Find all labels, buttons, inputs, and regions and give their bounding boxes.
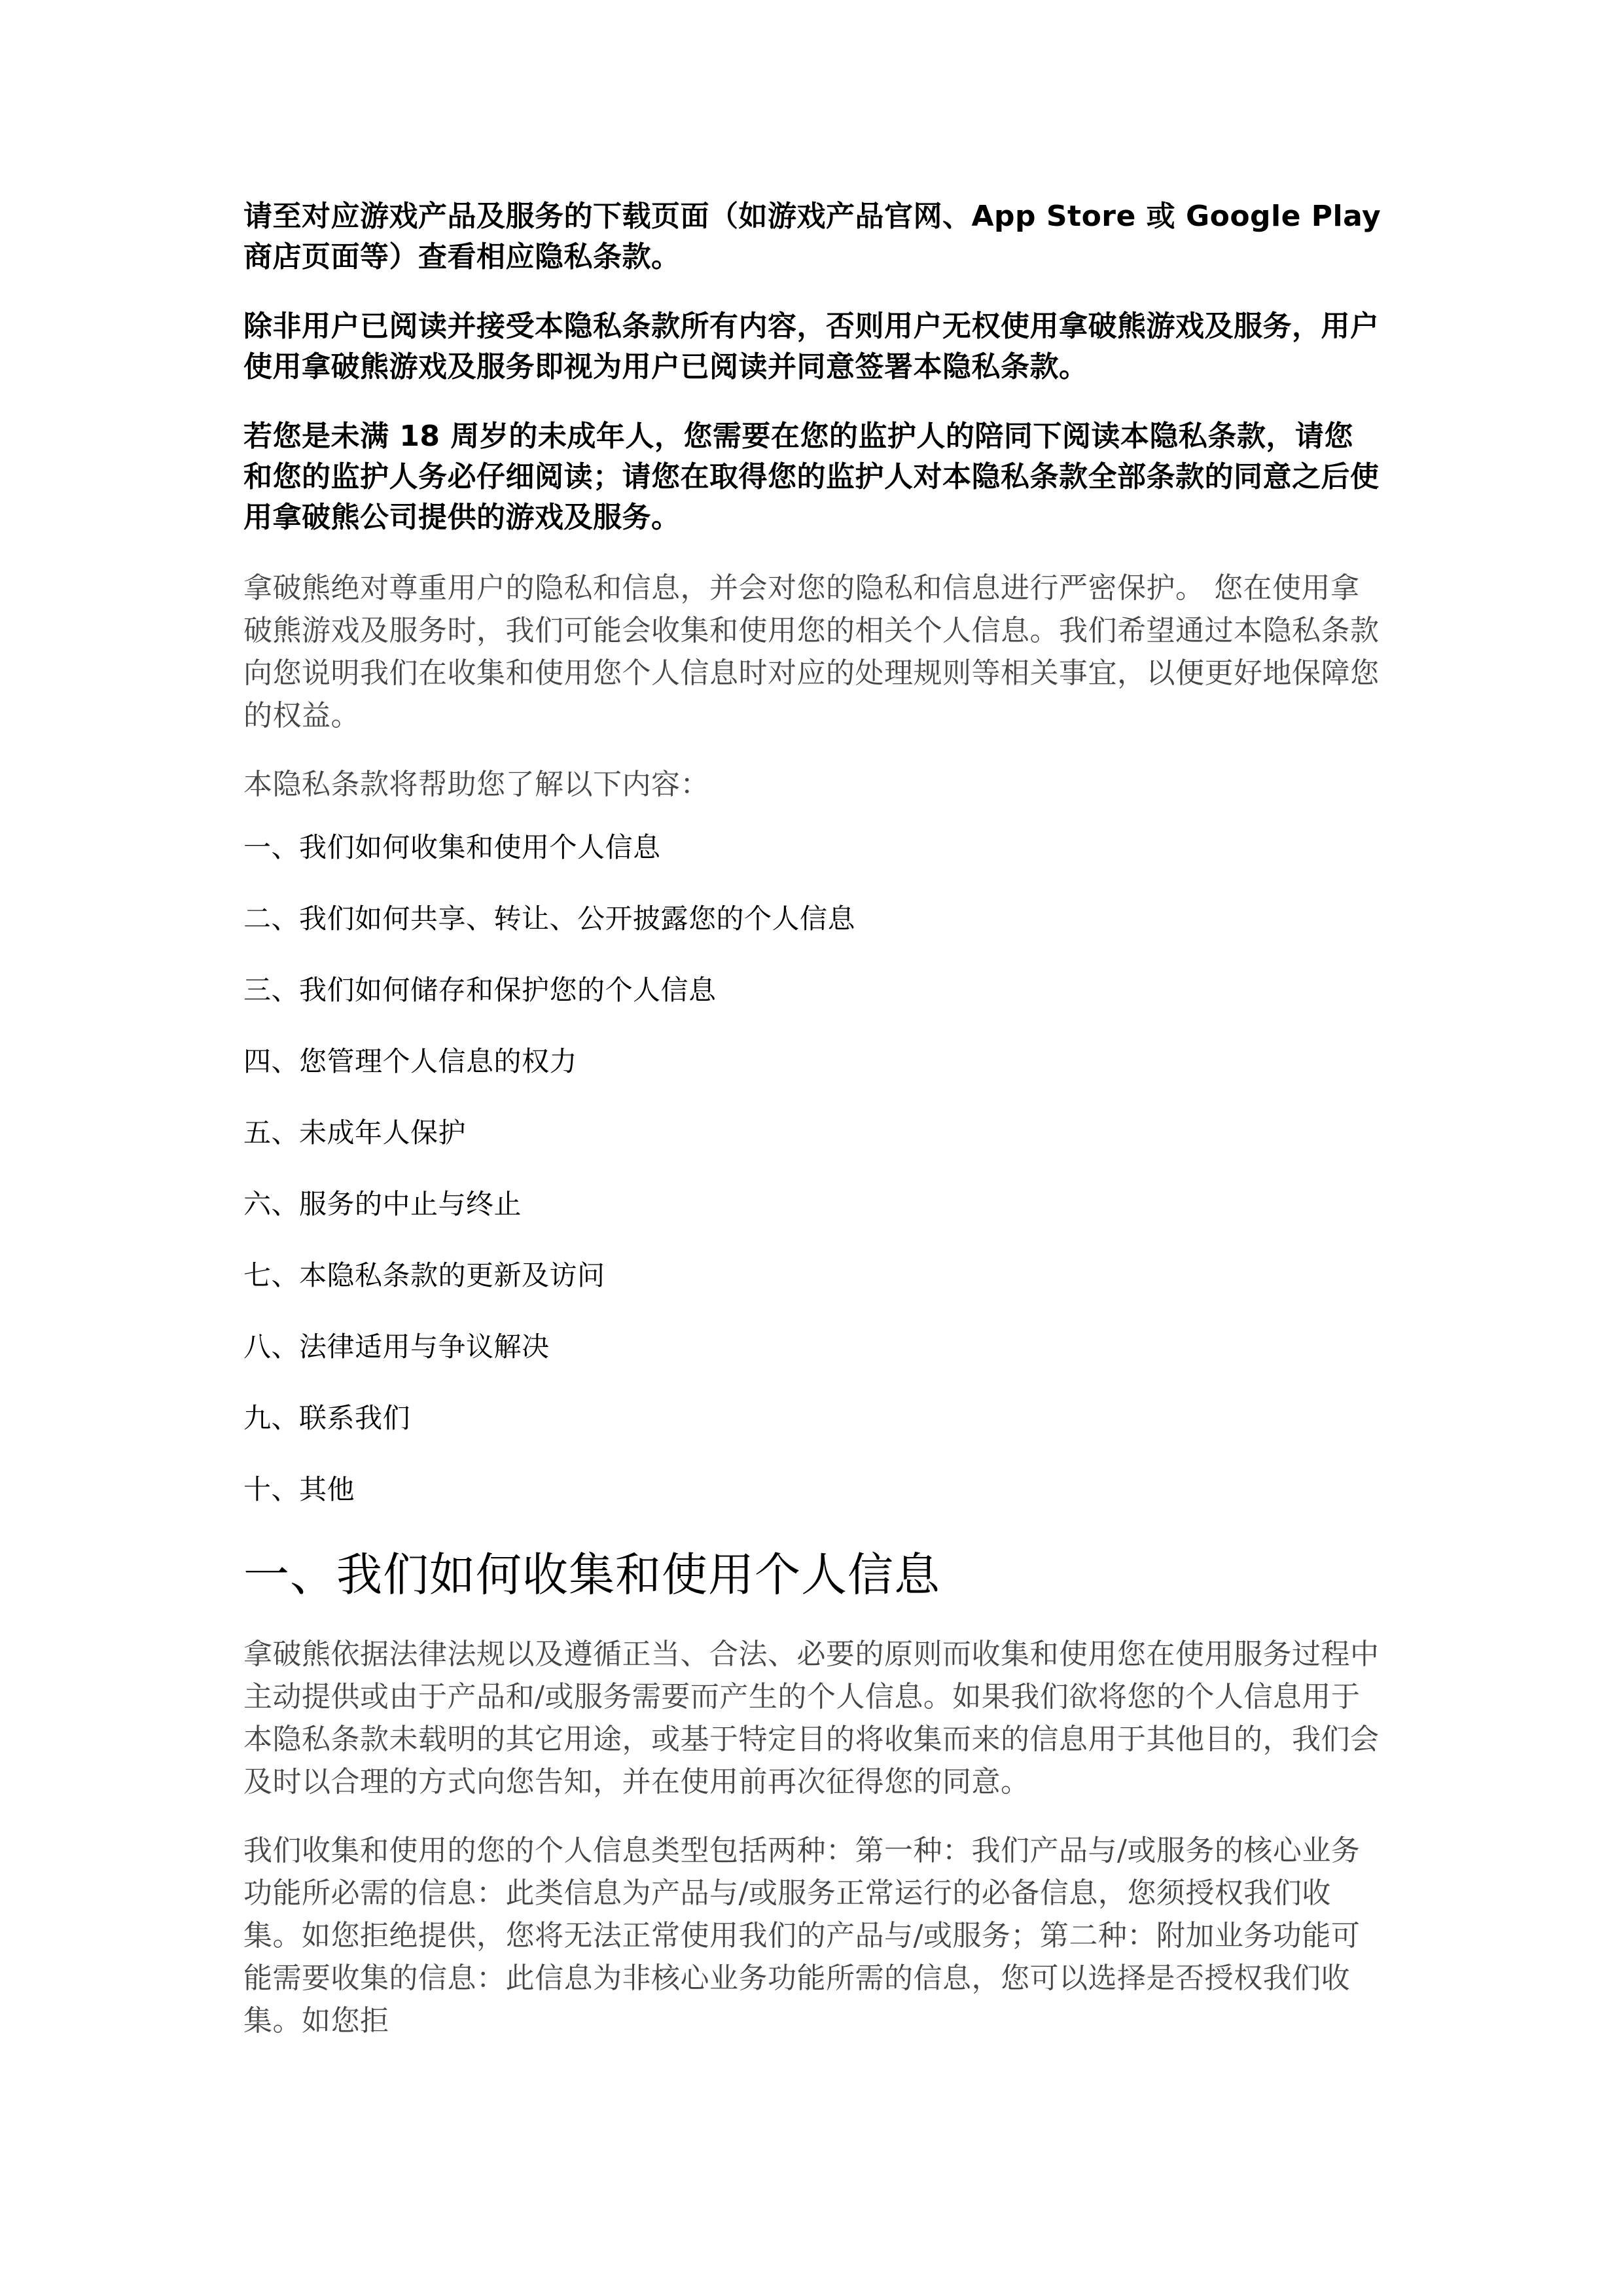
toc-item-other: 十、其他 [243,1474,1382,1505]
toc-item-policy-updates: 七、本隐私条款的更新及访问 [243,1260,1382,1291]
intro-paragraph-acceptance: 除非用户已阅读并接受本隐私条款所有内容，否则用户无权使用拿破熊游戏及服务，用户使… [243,306,1382,387]
toc-item-contact-us: 九、联系我们 [243,1403,1382,1434]
intro-paragraph-minors: 若您是未满 18 周岁的未成年人，您需要在您的监护人的陪同下阅读本隐私条款，请您… [243,416,1382,538]
toc-item-share-transfer: 二、我们如何共享、转让、公开披露您的个人信息 [243,903,1382,935]
toc-intro-text: 本隐私条款将帮助您了解以下内容： [243,763,1382,806]
toc-item-manage-rights: 四、您管理个人信息的权力 [243,1046,1382,1077]
document-page: 请至对应游戏产品及服务的下载页面（如游戏产品官网、App Store 或 Goo… [243,196,1382,2068]
section-paragraph-info-types: 我们收集和使用的您的个人信息类型包括两种：第一种：我们产品与/或服务的核心业务功… [243,1829,1382,2042]
toc-item-law-disputes: 八、法律适用与争议解决 [243,1331,1382,1363]
toc-item-service-termination: 六、服务的中止与终止 [243,1189,1382,1220]
toc-item-collect-use: 一、我们如何收集和使用个人信息 [243,832,1382,863]
section-heading-collect-use: 一、我们如何收集和使用个人信息 [243,1545,1382,1604]
toc-item-minor-protection: 五、未成年人保护 [243,1117,1382,1149]
intro-paragraph-download-page: 请至对应游戏产品及服务的下载页面（如游戏产品官网、App Store 或 Goo… [243,196,1382,278]
table-of-contents: 一、我们如何收集和使用个人信息 二、我们如何共享、转让、公开披露您的个人信息 三… [243,832,1382,1505]
section-paragraph-principles: 拿破熊依据法律法规以及遵循正当、合法、必要的原则而收集和使用您在使用服务过程中主… [243,1633,1382,1803]
toc-item-store-protect: 三、我们如何储存和保护您的个人信息 [243,975,1382,1006]
intro-paragraph-privacy-respect: 拿破熊绝对尊重用户的隐私和信息，并会对您的隐私和信息进行严密保护。 您在使用拿破… [243,567,1382,737]
